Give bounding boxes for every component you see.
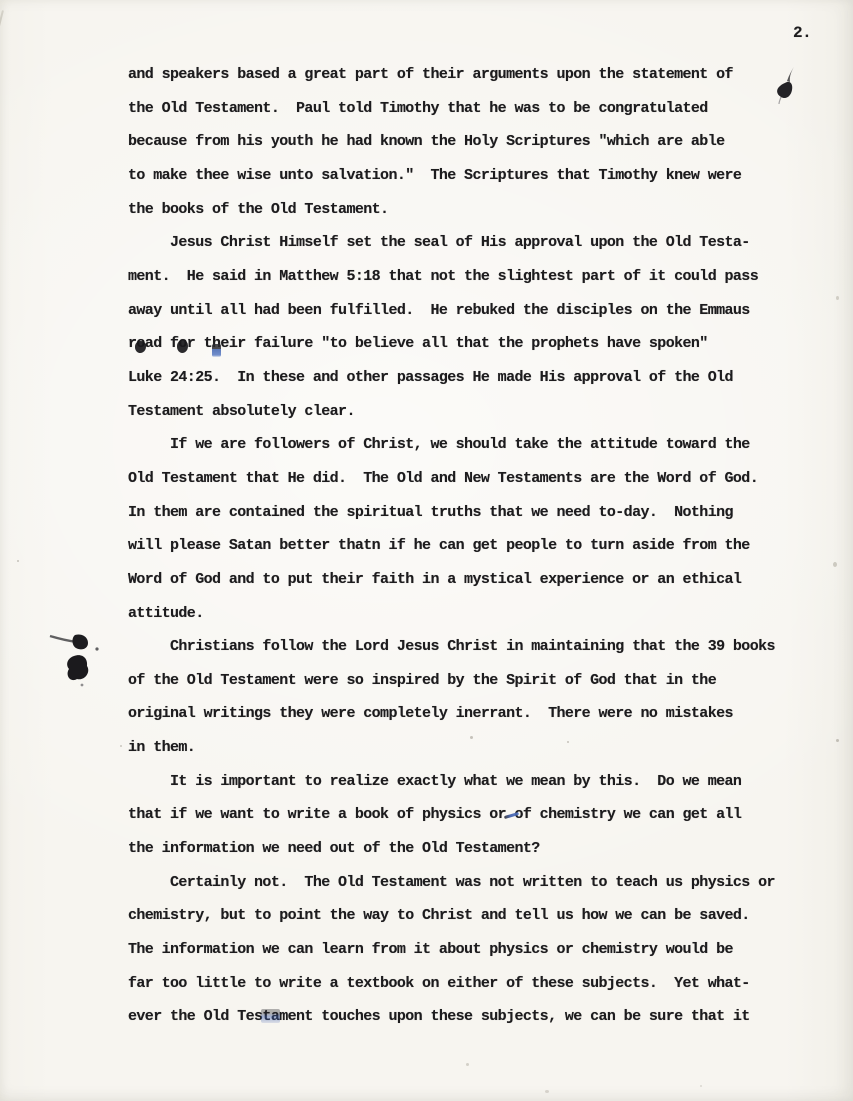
ink-smudge-left-margin <box>44 620 108 698</box>
pencil-scratch-mark <box>0 10 4 53</box>
page-number: 2. <box>793 24 811 42</box>
blue-overstrike-their <box>212 344 221 357</box>
scanned-document-page: 2. and speakers based a great part of th… <box>0 0 853 1101</box>
typed-text: and speakers based a great part of their… <box>128 58 775 1034</box>
ink-blot-top-right <box>770 62 802 108</box>
blue-overstrike-ta <box>261 1009 280 1023</box>
